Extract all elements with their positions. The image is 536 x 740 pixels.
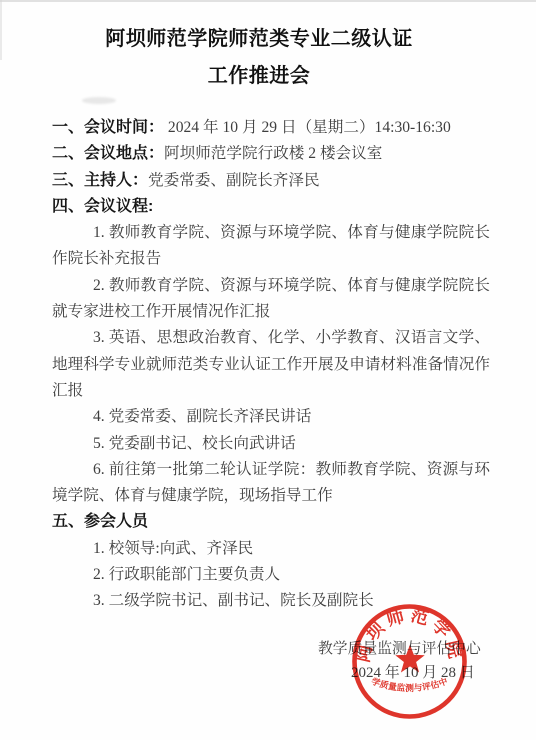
attendee-item-2: 2. 行政职能部门主要负责人 [52, 562, 490, 588]
document-page: 阿坝师范学院师范类专业二级认证工作推进会 一、会议时间： 2024 年 10 月… [0, 0, 536, 740]
star-icon [395, 645, 424, 673]
meeting-place-value: 阿坝师范学院行政楼 2 楼会议室 [164, 145, 382, 162]
meeting-host-label: 三、主持人： [52, 172, 148, 189]
agenda-item-3: 3. 英语、思想政治教育、化学、小学教育、汉语言文学、地理科学专业就师范类专业认… [52, 325, 490, 404]
agenda-item-6: 6. 前往第一批第二轮认证学院：教师教育学院、资源与环境学院、体育与健康学院，现… [52, 457, 490, 510]
title-line-1: 阿坝师范学院师范类专业二级认证 [0, 21, 518, 58]
official-seal: 阿坝师范学院 教学质量监测与评估中心 [347, 600, 473, 726]
meeting-time-value: 2024 年 10 月 29 日（星期二）14:30-16:30 [164, 119, 451, 136]
agenda-item-4: 4. 党委常委、副院长齐泽民讲话 [52, 404, 490, 430]
agenda-item-1: 1. 教师教育学院、资源与环境学院、体育与健康学院院长作院长补充报告 [52, 220, 490, 273]
meeting-place-label: 二、会议地点： [52, 145, 164, 162]
title-line-2: 工作推进会 [0, 58, 518, 95]
agenda-header-label: 四、会议议程: [52, 198, 153, 215]
scan-artifact [0, 0, 536, 2]
meeting-time-label: 一、会议时间： [52, 119, 164, 136]
scan-artifact [82, 97, 116, 104]
meeting-host-value: 党委常委、副院长齐泽民 [148, 172, 320, 189]
attendees-header-label: 五、参会人员 [52, 513, 148, 530]
meeting-time-line: 一、会议时间： 2024 年 10 月 29 日（星期二）14:30-16:30 [52, 115, 490, 141]
meeting-host-line: 三、主持人：党委常委、副院长齐泽民 [52, 168, 490, 194]
agenda-item-2: 2. 教师教育学院、资源与环境学院、体育与健康学院院长就专家进校工作开展情况作汇… [52, 273, 490, 326]
meeting-place-line: 二、会议地点：阿坝师范学院行政楼 2 楼会议室 [52, 141, 490, 167]
attendees-header-line: 五、参会人员 [52, 509, 490, 535]
agenda-header-line: 四、会议议程: [52, 194, 490, 220]
agenda-item-5: 5. 党委副书记、校长向武讲话 [52, 431, 490, 457]
attendee-item-1: 1. 校领导:向武、齐泽民 [52, 536, 490, 562]
document-body: 一、会议时间： 2024 年 10 月 29 日（星期二）14:30-16:30… [52, 115, 490, 615]
document-title: 阿坝师范学院师范类专业二级认证工作推进会 [0, 21, 518, 95]
